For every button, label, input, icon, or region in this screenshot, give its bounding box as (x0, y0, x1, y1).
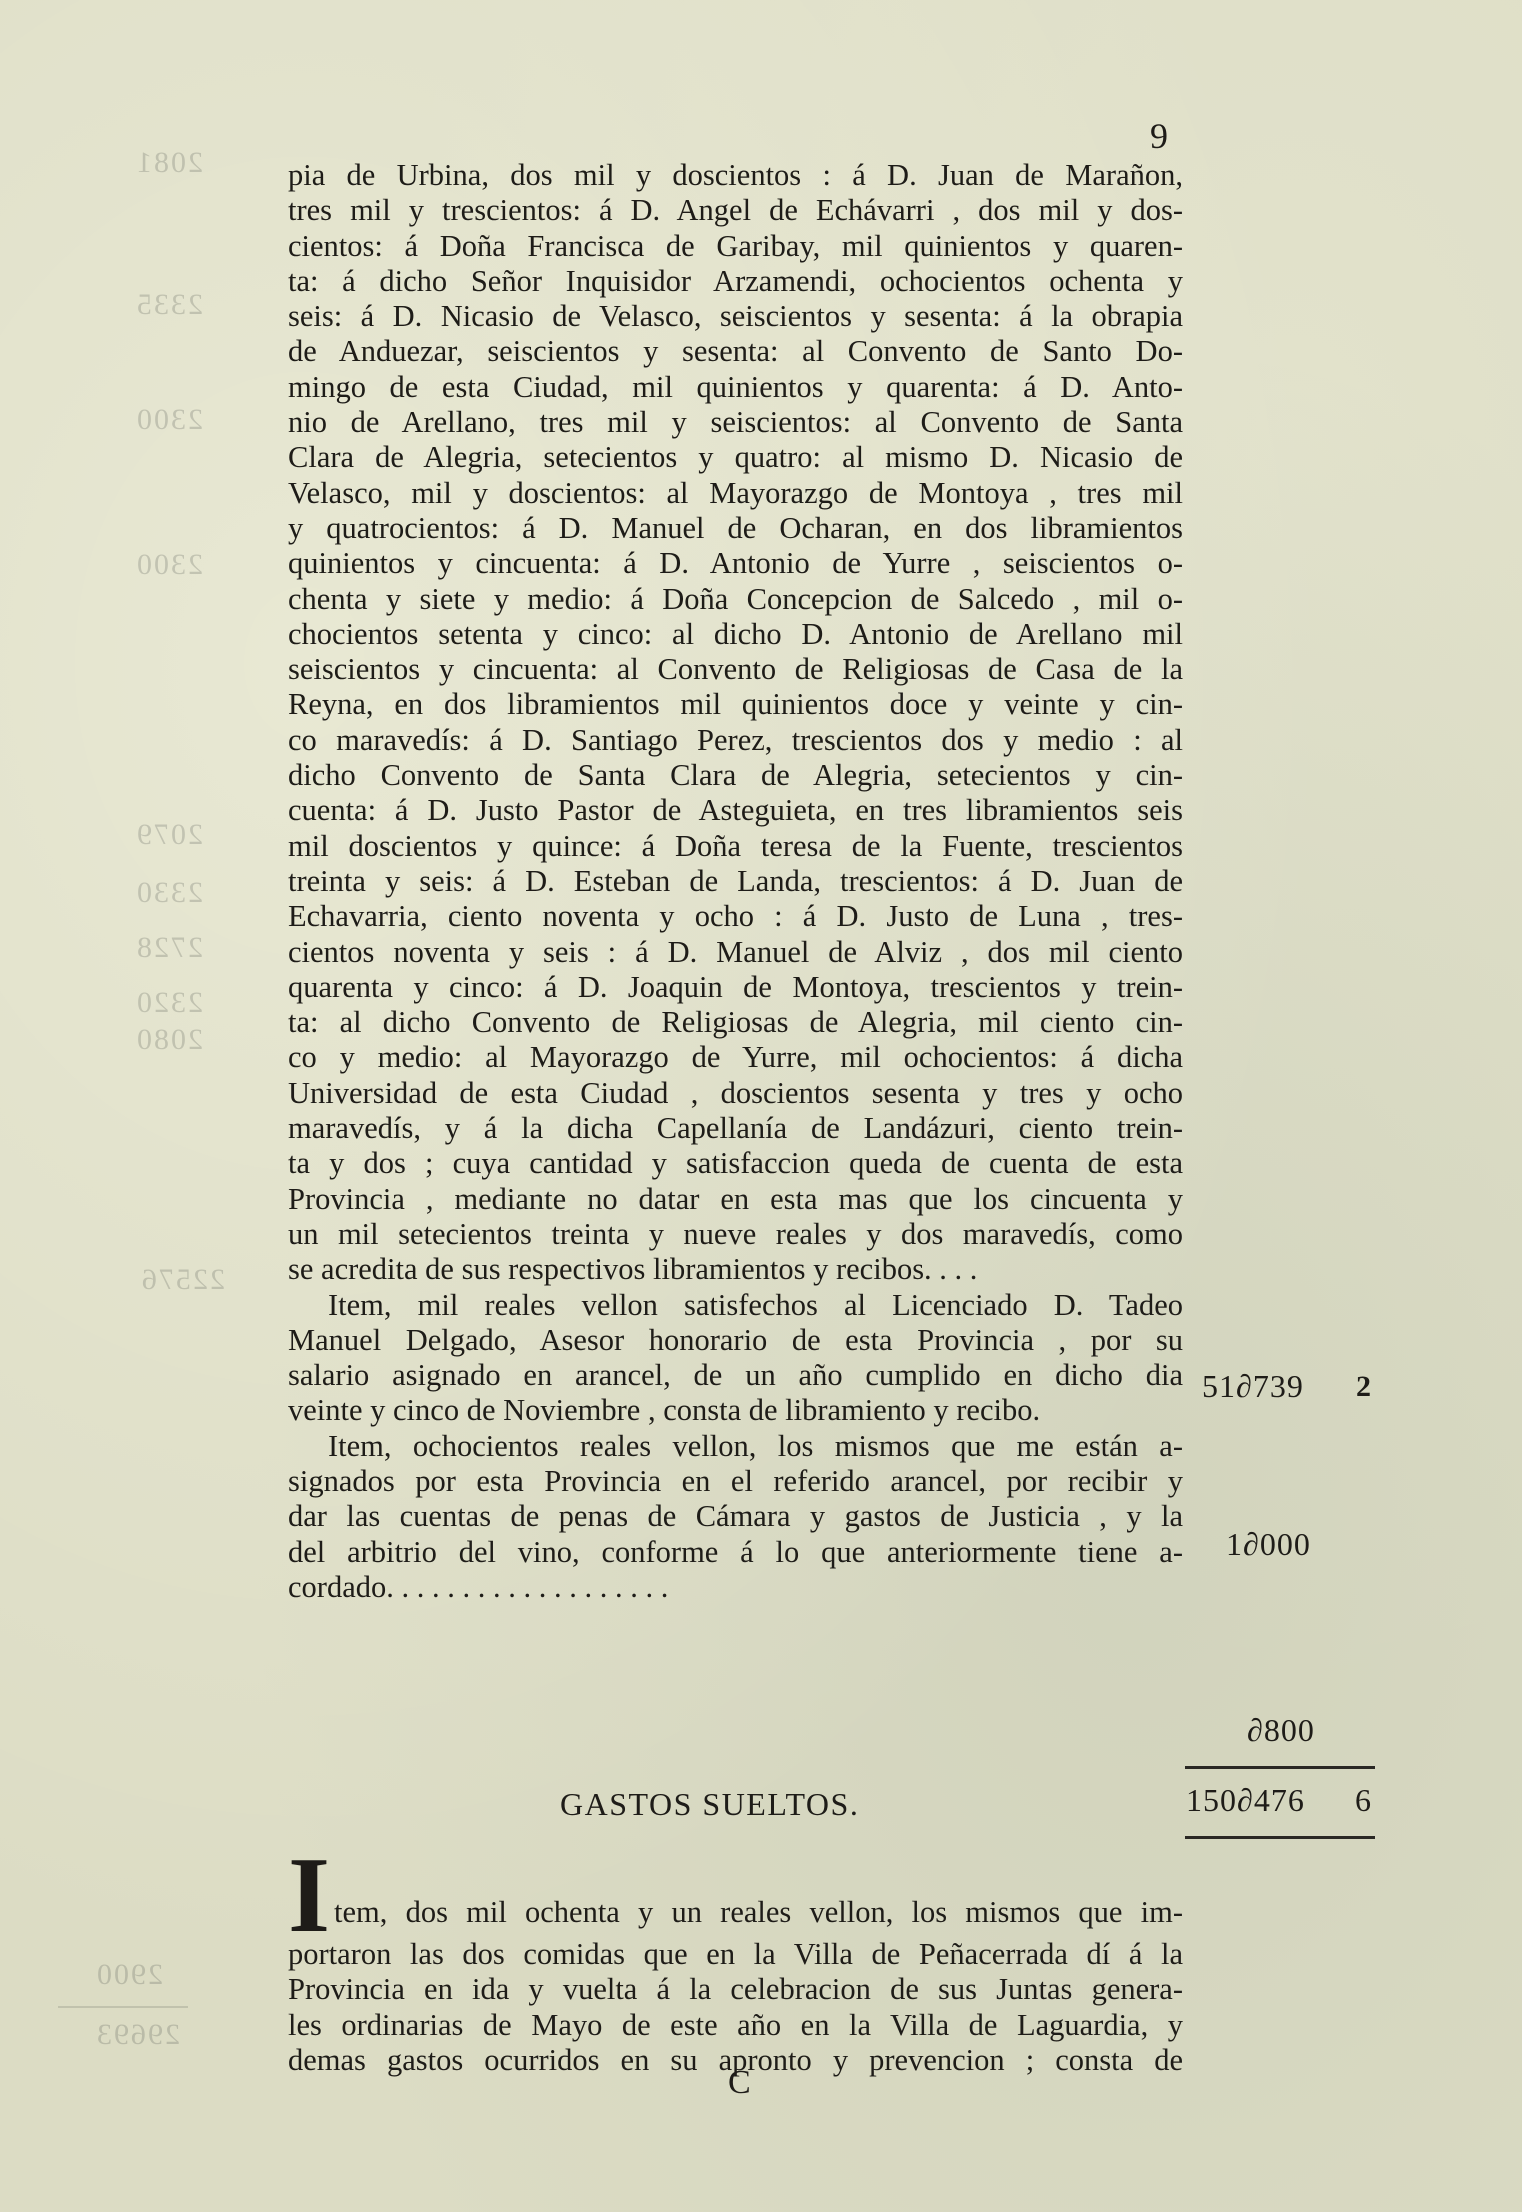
text-line: chenta y siete y medio: á Doña Concepcio… (288, 582, 1183, 617)
show-through-mark: 2300 (135, 405, 203, 435)
reales-units: 476 (1254, 1782, 1305, 1818)
text-line: treinta y seis: á D. Esteban de Landa, t… (288, 864, 1183, 899)
calderon-symbol: ∂ (1243, 1526, 1260, 1562)
text-line: y quatrocientos: á D. Manuel de Ocharan,… (288, 511, 1183, 546)
show-through-mark: 2330 (135, 878, 203, 908)
subtotal-rule-bottom (1185, 1836, 1375, 1839)
text-line: ta: al dicho Convento de Religiosas de A… (288, 1005, 1183, 1040)
text-line: nio de Arellano, tres mil y seiscientos:… (288, 405, 1183, 440)
amount-ochocientos-item: ∂800 (1247, 1714, 1315, 1746)
text-line: del arbitrio del vino, conforme á lo que… (288, 1535, 1183, 1570)
reales-units: 800 (1264, 1712, 1315, 1748)
text-line: les ordinarias de Mayo de este año en la… (288, 2008, 1183, 2043)
text-line: de Anduezar, seiscientos y sesenta: al C… (288, 334, 1183, 369)
dropcap-initial: I (288, 1857, 330, 1937)
text-line: Universidad de esta Ciudad , doscientos … (288, 1076, 1183, 1111)
show-through-mark: 22576 (140, 1265, 225, 1295)
text-line: signados por esta Provincia en el referi… (288, 1464, 1183, 1499)
page-number: 9 (1150, 118, 1168, 154)
text-line: dicho Convento de Santa Clara de Alegria… (288, 758, 1183, 793)
text-line: Item, ochocientos reales vellon, los mis… (288, 1429, 1183, 1464)
reales-units: 739 (1253, 1368, 1304, 1404)
reales-thousands: 1 (1226, 1526, 1243, 1562)
signature-mark: C (728, 2066, 751, 2100)
text-line: veinte y cinco de Noviembre , consta de … (288, 1393, 1183, 1428)
text-line: Provincia , mediante no datar en esta ma… (288, 1182, 1183, 1217)
text-line: Velasco, mil y doscientos: al Mayorazgo … (288, 476, 1183, 511)
text-line: Reyna, en dos libramientos mil quiniento… (288, 687, 1183, 722)
amount-subtotal: 150∂476 (1186, 1784, 1305, 1816)
maravedis-subtotal: 6 (1355, 1784, 1372, 1816)
text-line: se acredita de sus respectivos libramien… (288, 1252, 1183, 1287)
show-through-mark: 2080 (135, 1025, 203, 1055)
document-page: 2081 2335 2300 2300 2079 2330 2728 2320 … (0, 0, 1522, 2212)
maravedis-first-item: 2 (1356, 1372, 1371, 1402)
show-through-mark: 29693 (95, 2020, 180, 2050)
text-line: chocientos setenta y cinco: al dicho D. … (288, 617, 1183, 652)
text-line: dar las cuentas de penas de Cámara y gas… (288, 1499, 1183, 1534)
text-line: salario asignado en arancel, de un año c… (288, 1358, 1183, 1393)
accounts-text: pia de Urbina, dos mil y doscientos : á … (288, 158, 1183, 1605)
dropcap-spacer (288, 1853, 1183, 1895)
calderon-symbol: ∂ (1236, 1368, 1253, 1404)
show-through-mark: 2300 (135, 550, 203, 580)
text-line: pia de Urbina, dos mil y doscientos : á … (288, 158, 1183, 193)
text-line: co y medio: al Mayorazgo de Yurre, mil o… (288, 1040, 1183, 1075)
text-line: Echavarria, ciento noventa y ocho : á D.… (288, 899, 1183, 934)
show-through-mark: 2728 (135, 933, 203, 963)
reales-units: 000 (1260, 1526, 1311, 1562)
calderon-symbol: ∂ (1247, 1712, 1264, 1748)
text-line: mingo de esta Ciudad, mil quinientos y q… (288, 370, 1183, 405)
text-line: portaron las dos comidas que en la Villa… (288, 1937, 1183, 1972)
text-line: seiscientos y cincuenta: al Convento de … (288, 652, 1183, 687)
text-line: quarenta y cinco: á D. Joaquin de Montoy… (288, 970, 1183, 1005)
text-line: quinientos y cincuenta: á D. Antonio de … (288, 546, 1183, 581)
text-line: cuenta: á D. Justo Pastor de Asteguieta,… (288, 793, 1183, 828)
text-line: cientos: á Doña Francisca de Garibay, mi… (288, 229, 1183, 264)
text-line: cordado. . . . . . . . . . . . . . . . .… (288, 1570, 1183, 1605)
amount-first-item: 51∂739 (1202, 1370, 1304, 1402)
reales-thousands: 150 (1186, 1782, 1237, 1818)
amount-tadeo-item: 1∂000 (1226, 1528, 1311, 1560)
text-line: maravedís, y á la dicha Capellanía de La… (288, 1111, 1183, 1146)
text-line: Item, mil reales vellon satisfechos al L… (288, 1288, 1183, 1323)
text-line: Provincia en ida y vuelta á la celebraci… (288, 1972, 1183, 2007)
show-through-mark: 2320 (135, 988, 203, 1018)
text-line: ta y dos ; cuya cantidad y satisfaccion … (288, 1146, 1183, 1181)
text-line: seis: á D. Nicasio de Velasco, seiscient… (288, 299, 1183, 334)
text-line: un mil setecientos treinta y nueve reale… (288, 1217, 1183, 1252)
text-line: cientos noventa y seis : á D. Manuel de … (288, 935, 1183, 970)
gastos-sueltos-text: I tem, dos mil ochenta y un reales vello… (288, 1853, 1183, 2078)
section-heading: GASTOS SUELTOS. (560, 1788, 859, 1820)
text-line: ta: á dicho Señor Inquisidor Arzamendi, … (288, 264, 1183, 299)
reales-thousands: 51 (1202, 1368, 1236, 1404)
text-line: Clara de Alegria, setecientos y quatro: … (288, 440, 1183, 475)
text-line: mil doscientos y quince: á Doña teresa d… (288, 829, 1183, 864)
text-line: co maravedís: á D. Santiago Perez, tresc… (288, 723, 1183, 758)
text-line: Manuel Delgado, Asesor honorario de esta… (288, 1323, 1183, 1358)
calderon-symbol: ∂ (1237, 1782, 1254, 1818)
subtotal-rule-top (1185, 1766, 1375, 1769)
show-through-mark: 2079 (135, 820, 203, 850)
show-through-mark: 2900 (95, 1960, 163, 1990)
show-through-mark: 2081 (135, 148, 203, 178)
text-line: tres mil y trescientos: á D. Angel de Ec… (288, 193, 1183, 228)
show-through-rule (58, 2006, 188, 2008)
show-through-mark: 2335 (135, 290, 203, 320)
text-line: tem, dos mil ochenta y un reales vellon,… (288, 1895, 1183, 1930)
